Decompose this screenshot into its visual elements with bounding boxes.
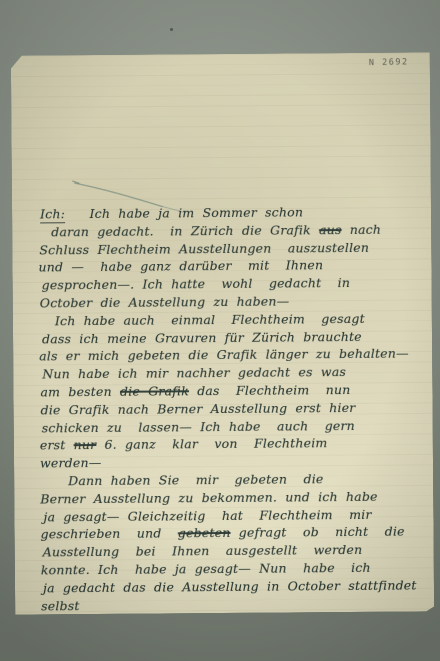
- struck-word: die Grafik: [120, 383, 189, 399]
- archive-number-stamp: N 2692: [369, 57, 409, 68]
- handwriting-text: das Flechtheim nun: [189, 382, 351, 398]
- handwriting-text: gesprochen—. Ich hatte wohl gedacht in: [42, 275, 351, 292]
- handwriting-text: als er mich gebeten die Grafik länger zu…: [39, 346, 409, 364]
- handwriting-text: ja gesagt— Gleichzeitig hat Flechtheim m…: [43, 506, 371, 524]
- handwriting-text: Nun habe ich mir nachher gedacht es was: [42, 364, 346, 381]
- handwriting-text: Schluss Flechtheim Ausstellungen auszust…: [39, 239, 369, 257]
- handwriting-text: October die Ausstellung zu haben—: [40, 293, 290, 310]
- struck-word: gebeten: [178, 525, 231, 540]
- handwriting-text: konnte. Ich habe ja gesagt— Nun habe ich: [41, 560, 371, 578]
- dust-speck: [170, 28, 173, 31]
- manuscript-paper: N 2692 Ich: Ich habe ja im Sommer schond…: [11, 52, 434, 614]
- handwriting-text: 6. ganz klar von Flechtheim: [96, 436, 327, 453]
- handwriting-text: und — habe ganz darüber mit Ihnen: [38, 258, 323, 275]
- handwriting-text: Ich habe ja im Sommer schon: [65, 204, 303, 221]
- handwriting-text: Dann haben Sie mir gebeten die: [68, 471, 323, 488]
- handwriting-line: Berner Ausstellung zu bekommen. und ich …: [40, 487, 420, 508]
- handwriting-line: Schluss Flechtheim Ausstellungen auszust…: [38, 238, 418, 259]
- handwriting-text: geschrieben und: [41, 526, 178, 542]
- handwriting-text: schicken zu lassen— Ich habe auch gern: [42, 418, 355, 435]
- handwriting-text: erst: [40, 438, 74, 453]
- handwriting-text: ja gedacht das die Ausstellung in Octobe…: [43, 577, 417, 595]
- struck-word: aus: [319, 222, 342, 237]
- handwriting-text: Ausstellung bei Ihnen ausgestellt werden: [43, 542, 363, 560]
- handwriting-line: geschrieben und gebeten gefragt ob nicht…: [41, 523, 421, 544]
- handwriting-line: ja gedacht das die Ausstellung in Octobe…: [41, 576, 421, 597]
- handwriting-text: die Grafik nach Berner Ausstellung erst …: [41, 400, 356, 417]
- handwriting-line: Ich habe auch einmal Flechtheim gesagt: [39, 309, 419, 330]
- scanned-document: N 2692 Ich: Ich habe ja im Sommer schond…: [0, 0, 440, 661]
- handwriting-line: als er mich gebeten die Grafik länger zu…: [39, 345, 419, 366]
- handwriting: Ich: Ich habe ja im Sommer schondaran ge…: [38, 202, 421, 614]
- handwriting-text: selbst: [41, 598, 80, 613]
- handwriting-text: am besten: [40, 384, 120, 400]
- struck-word: nur: [74, 437, 97, 452]
- handwriting-text: nach: [342, 222, 382, 237]
- handwriting-text: dass ich meine Gravuren für Zürich brauc…: [42, 328, 362, 346]
- handwriting-text: Ich habe auch einmal Flechtheim gesagt: [55, 311, 365, 328]
- handwriting-text: daran gedacht. in Zürich die Grafik: [51, 222, 319, 239]
- handwriting-text: Berner Ausstellung zu bekommen. und ich …: [40, 489, 377, 507]
- handwriting-line: selbst: [41, 594, 421, 615]
- speaker-label: Ich:: [40, 206, 65, 223]
- handwriting-text: werden—: [40, 455, 102, 470]
- handwriting-text: gefragt ob nicht die: [230, 524, 404, 540]
